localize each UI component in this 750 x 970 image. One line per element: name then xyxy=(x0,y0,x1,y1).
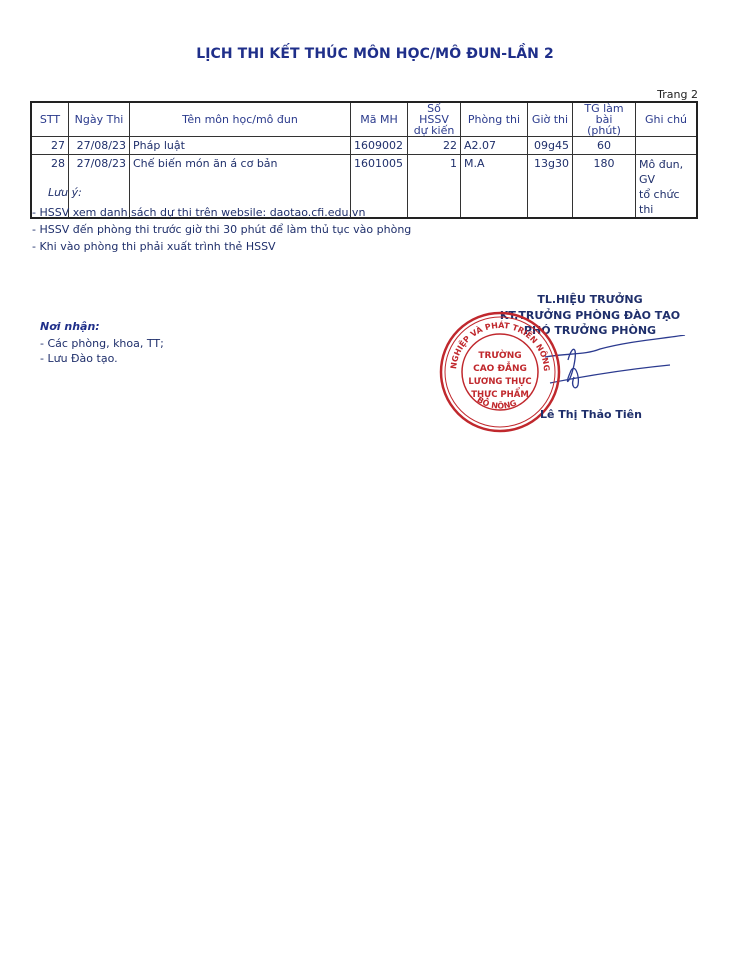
recipient-item: - Các phòng, khoa, TT; xyxy=(40,336,164,351)
table-header-row: STT Ngày Thi Tên môn học/mô đun Mã MH Số… xyxy=(31,102,697,137)
stamp-inner-2: CAO ĐẲNG xyxy=(473,361,527,374)
signature-line-1: TL.HIỆU TRƯỞNG xyxy=(480,292,700,308)
page-number: Trang 2 xyxy=(640,88,698,101)
cell-room: A2.07 xyxy=(461,137,528,155)
header-note: Ghi chú xyxy=(636,102,698,137)
header-subject: Tên môn học/mô đun xyxy=(130,102,351,137)
table-row: 27 27/08/23 Pháp luật 1609002 22 A2.07 0… xyxy=(31,137,697,155)
header-date: Ngày Thi xyxy=(69,102,130,137)
note-item: - HSSV xem danh sách dự thi trên websile… xyxy=(32,204,411,221)
header-time: Giờ thi xyxy=(528,102,573,137)
recipient-item: - Lưu Đào tạo. xyxy=(40,351,164,366)
header-stt: STT xyxy=(31,102,69,137)
cell-code: 1609002 xyxy=(351,137,408,155)
recipients-list: - Các phòng, khoa, TT; - Lưu Đào tạo. xyxy=(40,336,164,366)
cell-room: M.A xyxy=(461,155,528,219)
header-code: Mã MH xyxy=(351,102,408,137)
note-line-2: tổ chức thi xyxy=(639,188,680,216)
header-room: Phòng thi xyxy=(461,102,528,137)
cell-count: 1 xyxy=(408,155,461,219)
cell-duration: 60 xyxy=(573,137,636,155)
header-duration-line2: (phút) xyxy=(587,124,621,137)
note-item: - Khi vào phòng thi phải xuất trình thẻ … xyxy=(32,238,411,255)
signer-name: Lê Thị Thảo Tiên xyxy=(540,408,642,421)
notes-title: Lưu ý: xyxy=(48,186,82,199)
cell-stt: 27 xyxy=(31,137,69,155)
header-duration-line1: TG làm bài xyxy=(584,102,623,126)
header-count-line2: dự kiến xyxy=(414,124,455,137)
header-duration: TG làm bài(phút) xyxy=(573,102,636,137)
cell-note xyxy=(636,137,698,155)
cell-time: 13g30 xyxy=(528,155,573,219)
cell-count: 22 xyxy=(408,137,461,155)
stamp-inner-4: THỰC PHẨM xyxy=(471,387,529,400)
notes-list: - HSSV xem danh sách dự thi trên websile… xyxy=(32,204,411,255)
note-line-1: Mô đun, GV xyxy=(639,158,683,186)
header-count-line1: Số HSSV xyxy=(419,102,449,126)
cell-date: 27/08/23 xyxy=(69,137,130,155)
document-title: LỊCH THI KẾT THÚC MÔN HỌC/MÔ ĐUN-LẦN 2 xyxy=(0,46,750,62)
cell-note: Mô đun, GVtổ chức thi xyxy=(636,155,698,219)
cell-time: 09g45 xyxy=(528,137,573,155)
recipients-title: Nơi nhận: xyxy=(40,320,100,333)
exam-schedule-table: STT Ngày Thi Tên môn học/mô đun Mã MH Số… xyxy=(30,101,698,219)
cell-subject: Pháp luật xyxy=(130,137,351,155)
cell-duration: 180 xyxy=(573,155,636,219)
note-item: - HSSV đến phòng thi trước giờ thi 30 ph… xyxy=(32,221,411,238)
stamp-inner-3: LƯƠNG THỰC xyxy=(468,377,531,387)
header-count: Số HSSVdự kiến xyxy=(408,102,461,137)
handwritten-signature xyxy=(540,335,690,395)
stamp-inner-1: TRƯỜNG xyxy=(478,349,521,361)
